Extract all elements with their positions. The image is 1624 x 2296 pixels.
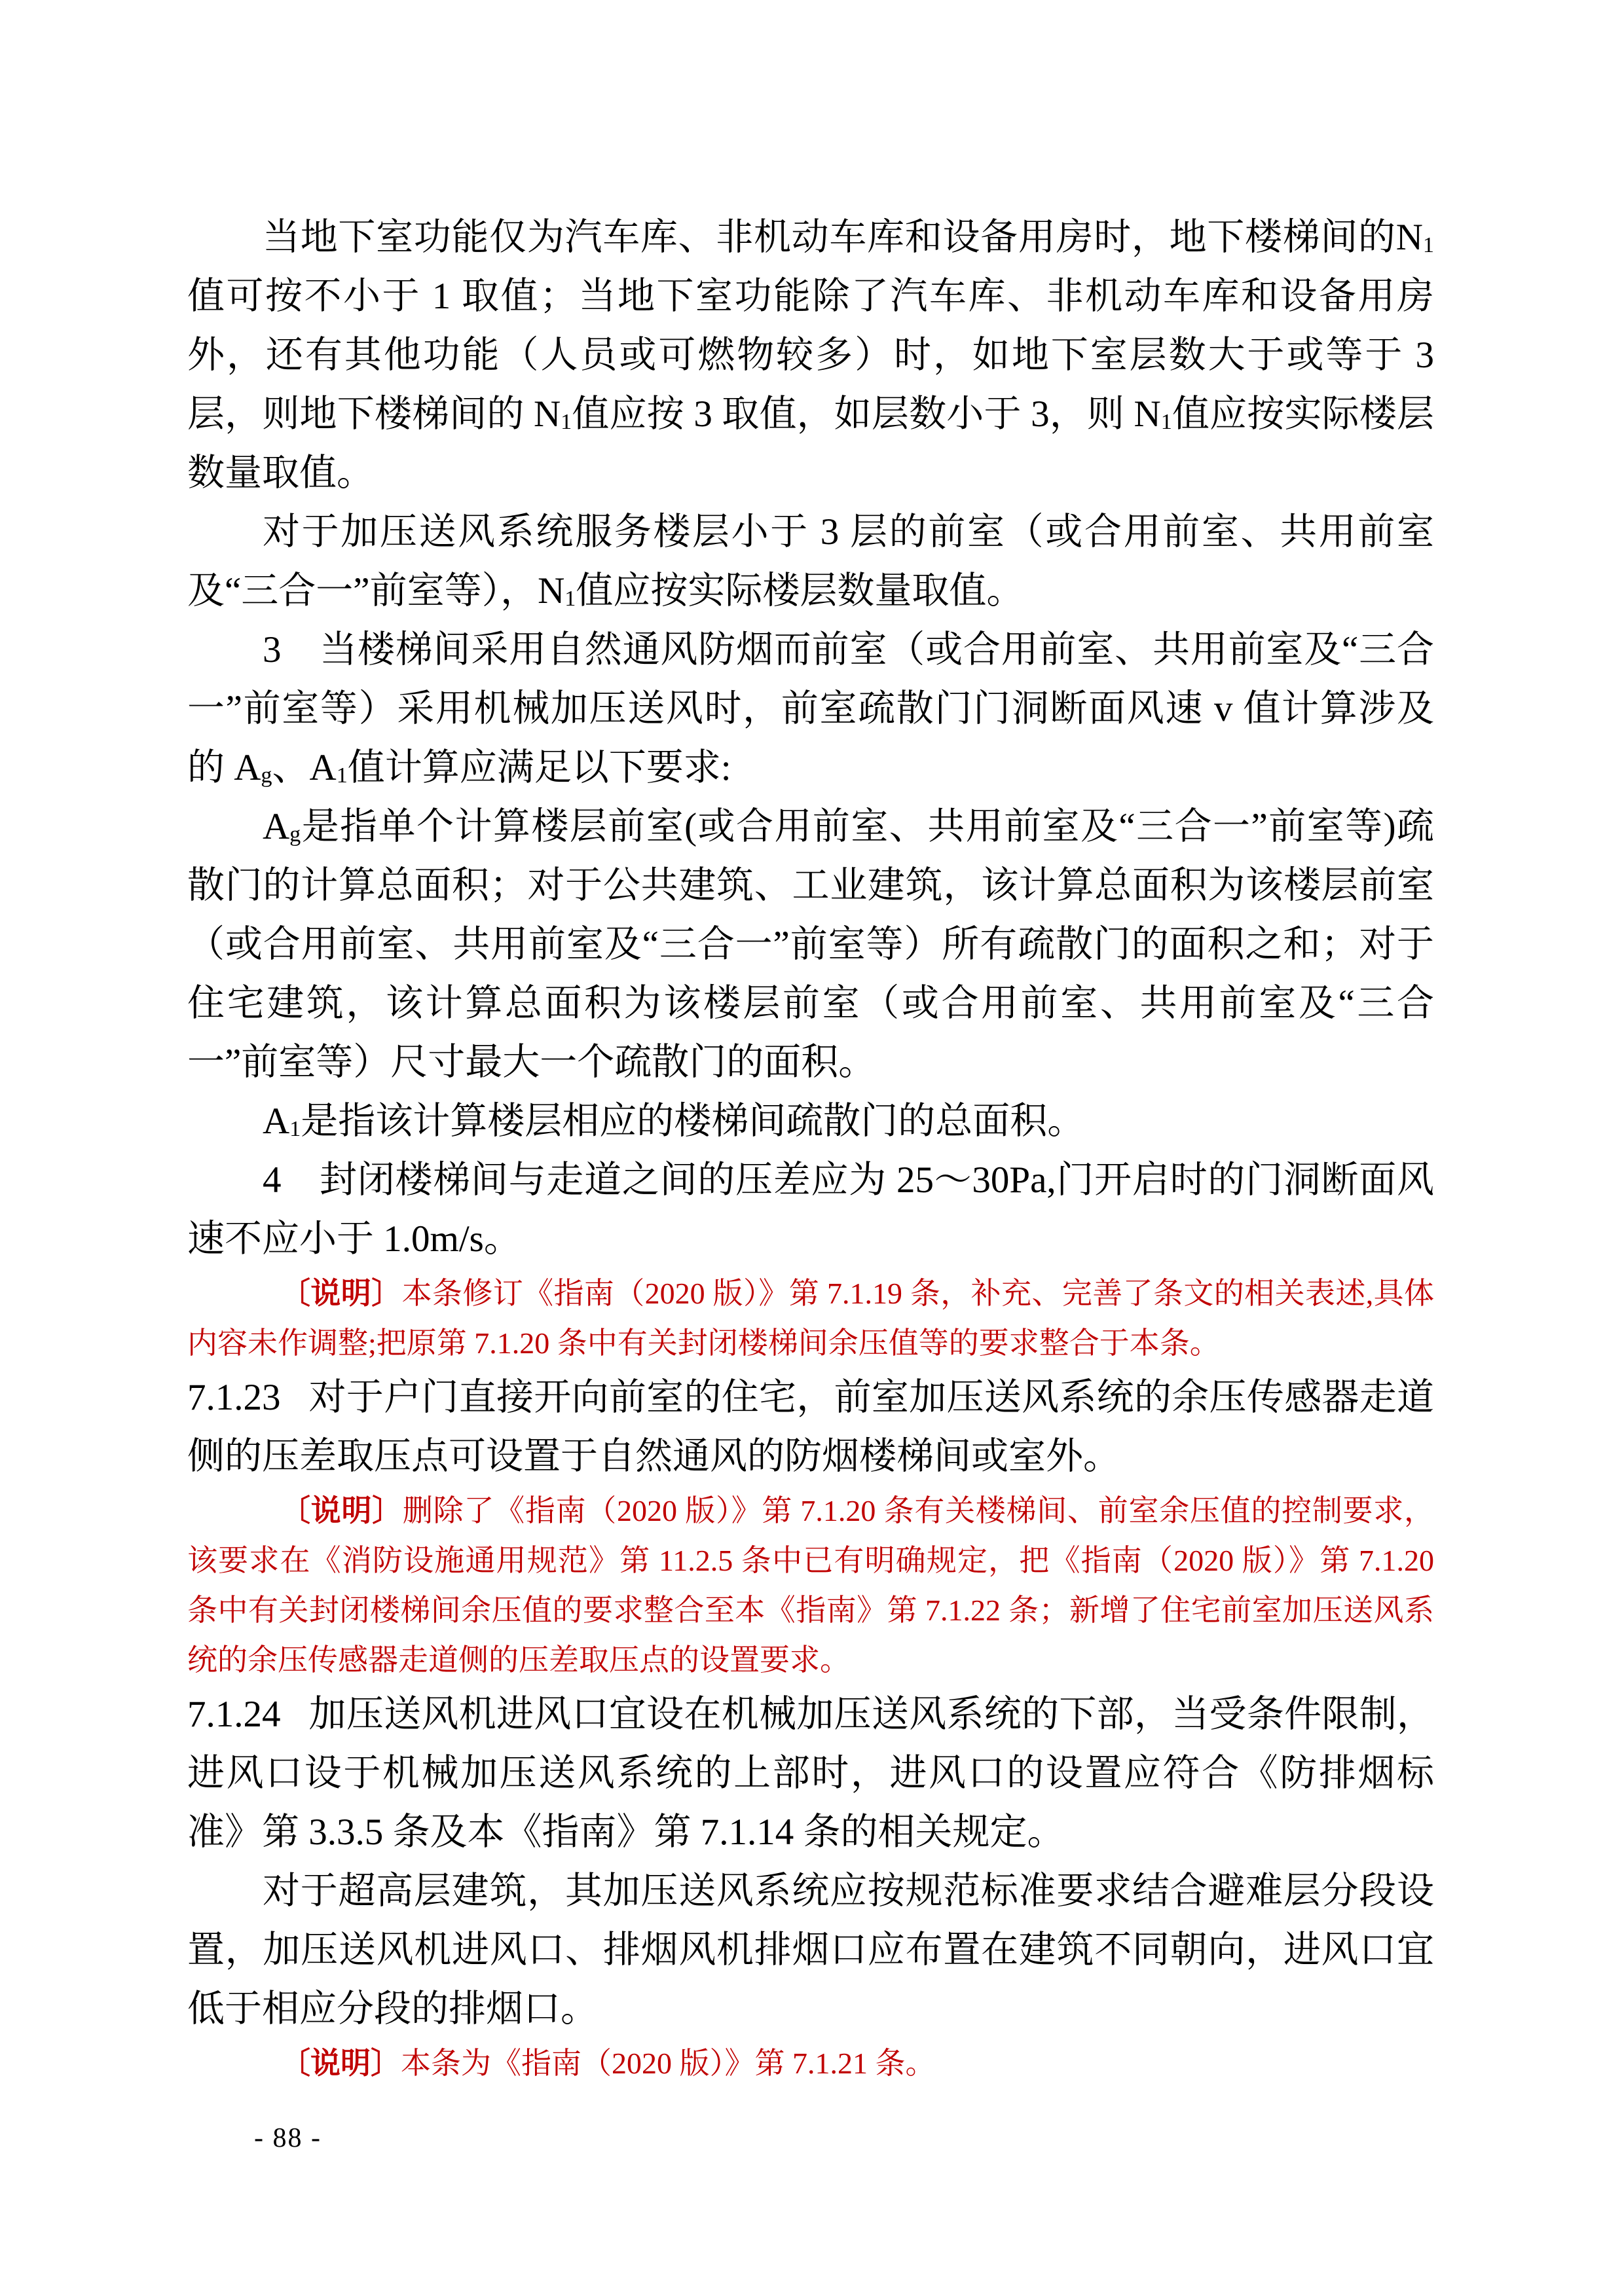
subscript: 1 — [1423, 233, 1434, 257]
text-run: 值计算应满足以下要求: — [348, 747, 731, 788]
text-run: 、A — [272, 747, 337, 788]
note-revision-7119: 〔说明〕本条修订《指南（2020 版）》第 7.1.19 条，补充、完善了条文的… — [187, 1269, 1434, 1368]
note-label: 〔说明〕 — [280, 1277, 402, 1310]
clause-7-1-24: 7.1.24 加压送风机进风口宜设在机械加压送风系统的下部，当受条件限制，进风口… — [187, 1685, 1434, 1862]
subscript: 1 — [1161, 410, 1172, 434]
document-page: 当地下室功能仅为汽车库、非机动车库和设备用房时，地下楼梯间的N1值可按不小于 1… — [0, 0, 1624, 2296]
note-label: 〔说明〕 — [280, 2047, 401, 2080]
page-number: - 88 - — [254, 2123, 322, 2154]
item-4-enclosed-stairwell-pressure: 4 封闭楼梯间与走道之间的压差应为 25～30Pa,门开启时的门洞断面风速不应小… — [187, 1151, 1434, 1269]
text-run: 4 封闭楼梯间与走道之间的压差应为 25～30Pa,门开启时的门洞断面风速不应小… — [187, 1159, 1434, 1260]
para-a1-definition: A1是指该计算楼层相应的楼梯间疏散门的总面积。 — [187, 1092, 1434, 1151]
subscript: g — [289, 822, 301, 847]
text-run: 当地下室功能仅为汽车库、非机动车库和设备用房时，地下楼梯间的N — [263, 217, 1423, 258]
document-body: 当地下室功能仅为汽车库、非机动车库和设备用房时，地下楼梯间的N1值可按不小于 1… — [187, 208, 1434, 2088]
text-run: 值应按 3 取值，如层数小于 3，则 N — [572, 393, 1160, 435]
para-supertall-buildings: 对于超高层建筑，其加压送风系统应按规范标准要求结合避难层分段设置，加压送风机进风… — [187, 1862, 1434, 2039]
text-run: A — [263, 806, 289, 847]
text-run: 值应按实际楼层数量取值。 — [576, 570, 1024, 611]
note-deletion-7120: 〔说明〕删除了《指南（2020 版）》第 7.1.20 条有关楼梯间、前室余压值… — [187, 1486, 1434, 1685]
para-pressurization-service-floors: 对于加压送风系统服务楼层小于 3 层的前室（或合用前室、共用前室及“三合一”前室… — [187, 503, 1434, 621]
text-run: 7.1.23 对于户门直接开向前室的住宅，前室加压送风系统的余压传感器走道侧的压… — [187, 1377, 1434, 1477]
text-run: 7.1.24 加压送风机进风口宜设在机械加压送风系统的下部，当受条件限制，进风口… — [187, 1694, 1434, 1853]
subscript: 1 — [337, 763, 348, 788]
subscript: 1 — [289, 1117, 301, 1141]
text-run: A — [263, 1101, 289, 1142]
subscript: g — [261, 763, 272, 788]
note-origin-7121: 〔说明〕本条为《指南（2020 版）》第 7.1.21 条。 — [187, 2039, 1434, 2088]
text-run: 是指单个计算楼层前室(或合用前室、共用前室及“三合一”前室等)疏散门的计算总面积… — [187, 806, 1434, 1083]
text-run: 对于超高层建筑，其加压送风系统应按规范标准要求结合避难层分段设置，加压送风机进风… — [187, 1870, 1434, 2030]
item-3-natural-vent-stairwell: 3 当楼梯间采用自然通风防烟而前室（或合用前室、共用前室及“三合一”前室等）采用… — [187, 621, 1434, 797]
subscript: 1 — [561, 410, 572, 434]
text-run: 本条为《指南（2020 版）》第 7.1.21 条。 — [401, 2047, 936, 2080]
para-ag-definition: Ag是指单个计算楼层前室(或合用前室、共用前室及“三合一”前室等)疏散门的计算总… — [187, 797, 1434, 1092]
para-basement-n1-rule: 当地下室功能仅为汽车库、非机动车库和设备用房时，地下楼梯间的N1值可按不小于 1… — [187, 208, 1434, 503]
note-label: 〔说明〕 — [280, 1494, 403, 1527]
subscript: 1 — [564, 587, 576, 611]
clause-7-1-23: 7.1.23 对于户门直接开向前室的住宅，前室加压送风系统的余压传感器走道侧的压… — [187, 1368, 1434, 1486]
text-run: 是指该计算楼层相应的楼梯间疏散门的总面积。 — [301, 1101, 1084, 1142]
